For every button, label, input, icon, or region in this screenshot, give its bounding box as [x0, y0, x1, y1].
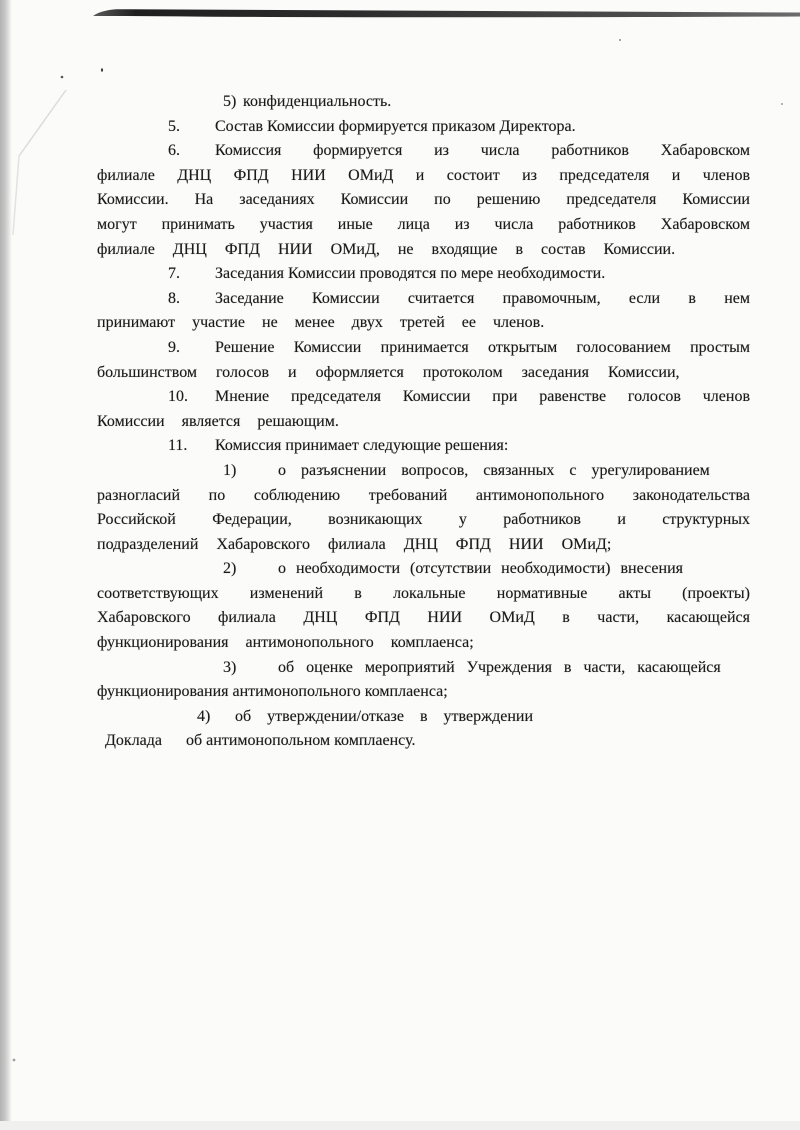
paragraph-text: об утверждении/отказе в утверждении [235, 708, 533, 725]
paragraph: 8.Заседание Комиссии считается правомочн… [97, 287, 750, 336]
paragraph: 9.Решение Комиссии принимается открытым … [97, 336, 750, 385]
paragraph: 1)о разъяснении вопросов, связанных с ур… [97, 459, 750, 484]
paragraph: 3)об оценке мероприятий Учреждения в час… [97, 656, 750, 681]
paragraph-text: функционирования антимонопольного компла… [97, 683, 448, 700]
scan-speck [781, 103, 783, 105]
paragraph-text: соответствующих изменений в локальные но… [97, 585, 750, 651]
paragraph: функционирования антимонопольного компла… [97, 680, 750, 705]
paragraph-text: об оценке мероприятий Учреждения в части… [278, 659, 721, 676]
list-number: 7. [168, 262, 215, 287]
list-number: 3) [223, 656, 278, 681]
paragraph: 6.Комиссия формируется из числа работник… [97, 139, 750, 262]
paragraph: 5.Состав Комиссии формируется приказом Д… [97, 115, 750, 140]
paragraph-text: о необходимости (отсутствии необходимост… [278, 560, 683, 577]
scan-speck [61, 76, 64, 79]
paragraph: 10.Мнение председателя Комиссии при раве… [97, 385, 750, 434]
paragraph: 7.Заседания Комиссии проводятся по мере … [97, 262, 750, 287]
list-number: 2) [223, 557, 278, 582]
paragraph-text: Состав Комиссии формируется приказом Дир… [215, 118, 576, 135]
paragraph-text: Доклада об антимонопольном комплаенсу. [105, 732, 415, 749]
paragraph-text: Заседания Комиссии проводятся по мере не… [215, 265, 605, 282]
paragraph-text: Комиссия принимает следующие решения: [215, 437, 508, 454]
scanned-page: 5)конфиденциальность. 5.Состав Комиссии … [0, 0, 800, 1130]
list-number: 9. [168, 336, 215, 361]
paragraph: 2)о необходимости (отсутствии необходимо… [97, 557, 750, 582]
scan-edge-bottom [0, 1121, 800, 1130]
scan-edge-top [93, 9, 800, 17]
paragraph-text: о разъяснении вопросов, связанных с урег… [278, 462, 710, 479]
paragraph-text: разногласий по соблюдению требований ант… [97, 487, 750, 553]
paragraph-text: конфиденциальность. [243, 93, 391, 110]
paragraph: разногласий по соблюдению требований ант… [97, 484, 750, 558]
paragraph: 11.Комиссия принимает следующие решения: [97, 434, 750, 459]
list-number: 1) [223, 459, 278, 484]
list-number: 5. [168, 115, 215, 140]
list-number: 6. [168, 139, 215, 164]
paragraph: 4)об утверждении/отказе в утверждении [97, 705, 750, 730]
crease-line [19, 90, 66, 156]
paragraph: 5)конфиденциальность. [97, 90, 750, 115]
list-number: 8. [168, 287, 215, 312]
scan-speck [619, 39, 621, 41]
document-body: 5)конфиденциальность. 5.Состав Комиссии … [97, 90, 750, 754]
paragraph: Доклада об антимонопольном комплаенсу. [97, 729, 750, 754]
scan-speck [13, 1059, 16, 1062]
list-number: 11. [168, 434, 215, 459]
scan-speck [101, 68, 103, 72]
paragraph: соответствующих изменений в локальные но… [97, 582, 750, 656]
crease-line [13, 156, 19, 235]
list-number: 5) [223, 90, 243, 115]
list-number: 10. [168, 385, 215, 410]
list-number: 4) [197, 705, 235, 730]
scan-edge-left [0, 0, 12, 1130]
